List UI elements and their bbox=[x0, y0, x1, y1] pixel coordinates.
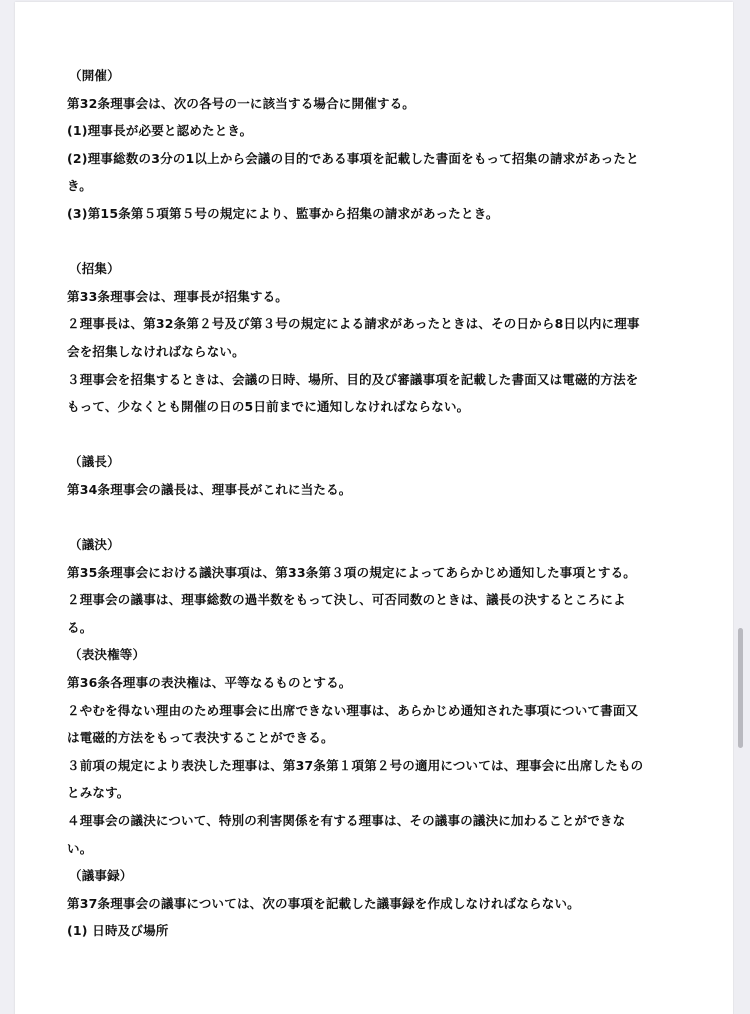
section-heading-hyoketsuken: （表決権等） bbox=[67, 641, 667, 669]
article-32-item-1: (1)理事長が必要と認めたとき。 bbox=[67, 117, 667, 145]
document-viewer: （開催） 第32条理事会は、次の各号の一に該当する場合に開催する。 (1)理事長… bbox=[0, 0, 750, 1014]
section-heading-gijiroku: （議事録） bbox=[67, 862, 667, 890]
article-36-para-4: ４理事会の議決について、特別の利害関係を有する理事は、その議事の議決に加わること… bbox=[67, 807, 667, 835]
article-36-para-2: ２やむを得ない理由のため理事会に出席できない理事は、あらかじめ通知された事項につ… bbox=[67, 697, 667, 725]
article-36-para-3-cont: とみなす。 bbox=[67, 779, 667, 807]
scrollbar-thumb[interactable] bbox=[738, 628, 743, 748]
article-33-para-3-cont: もって、少なくとも開催の日の5日前までに通知しなければならない。 bbox=[67, 393, 667, 421]
section-heading-kaisai: （開催） bbox=[67, 62, 667, 90]
article-37-text: 第37条理事会の議事については、次の事項を記載した議事録を作成しなければならない… bbox=[67, 890, 667, 918]
article-33-para-2: ２理事長は、第32条第２号及び第３号の規定による請求があったときは、その日から8… bbox=[67, 310, 667, 338]
section-heading-shoshu: （招集） bbox=[67, 255, 667, 283]
article-32-item-2: (2)理事総数の3分の1以上から会議の目的である事項を記載した書面をもって招集の… bbox=[67, 145, 667, 173]
spacer bbox=[67, 228, 667, 256]
article-32-text: 第32条理事会は、次の各号の一に該当する場合に開催する。 bbox=[67, 90, 667, 118]
spacer bbox=[67, 504, 667, 532]
section-heading-gicho: （議長） bbox=[67, 448, 667, 476]
document-content: （開催） 第32条理事会は、次の各号の一に該当する場合に開催する。 (1)理事長… bbox=[67, 62, 667, 945]
article-35-para-2: ２理事会の議事は、理事総数の過半数をもって決し、可否同数のときは、議長の決すると… bbox=[67, 586, 667, 614]
section-heading-giketsu: （議決） bbox=[67, 531, 667, 559]
scrollbar-track[interactable] bbox=[734, 0, 750, 1014]
article-32-item-2-cont: き。 bbox=[67, 172, 667, 200]
article-33-para-2-cont: 会を招集しなければならない。 bbox=[67, 338, 667, 366]
article-32-item-3: (3)第15条第５項第５号の規定により、監事から招集の請求があったとき。 bbox=[67, 200, 667, 228]
article-36-para-3: ３前項の規定により表決した理事は、第37条第１項第２号の適用については、理事会に… bbox=[67, 752, 667, 780]
article-35-para-2-cont: る。 bbox=[67, 614, 667, 642]
article-34-text: 第34条理事会の議長は、理事長がこれに当たる。 bbox=[67, 476, 667, 504]
article-36-text: 第36条各理事の表決権は、平等なるものとする。 bbox=[67, 669, 667, 697]
article-33-para-3: ３理事会を招集するときは、会議の日時、場所、目的及び審議事項を記載した書面又は電… bbox=[67, 366, 667, 394]
article-36-para-2-cont: は電磁的方法をもって表決することができる。 bbox=[67, 724, 667, 752]
spacer bbox=[67, 421, 667, 449]
article-33-text: 第33条理事会は、理事長が招集する。 bbox=[67, 283, 667, 311]
article-37-item-1: (1) 日時及び場所 bbox=[67, 917, 667, 945]
article-35-text: 第35条理事会における議決事項は、第33条第３項の規定によってあらかじめ通知した… bbox=[67, 559, 667, 587]
article-36-para-4-cont: い。 bbox=[67, 835, 667, 863]
